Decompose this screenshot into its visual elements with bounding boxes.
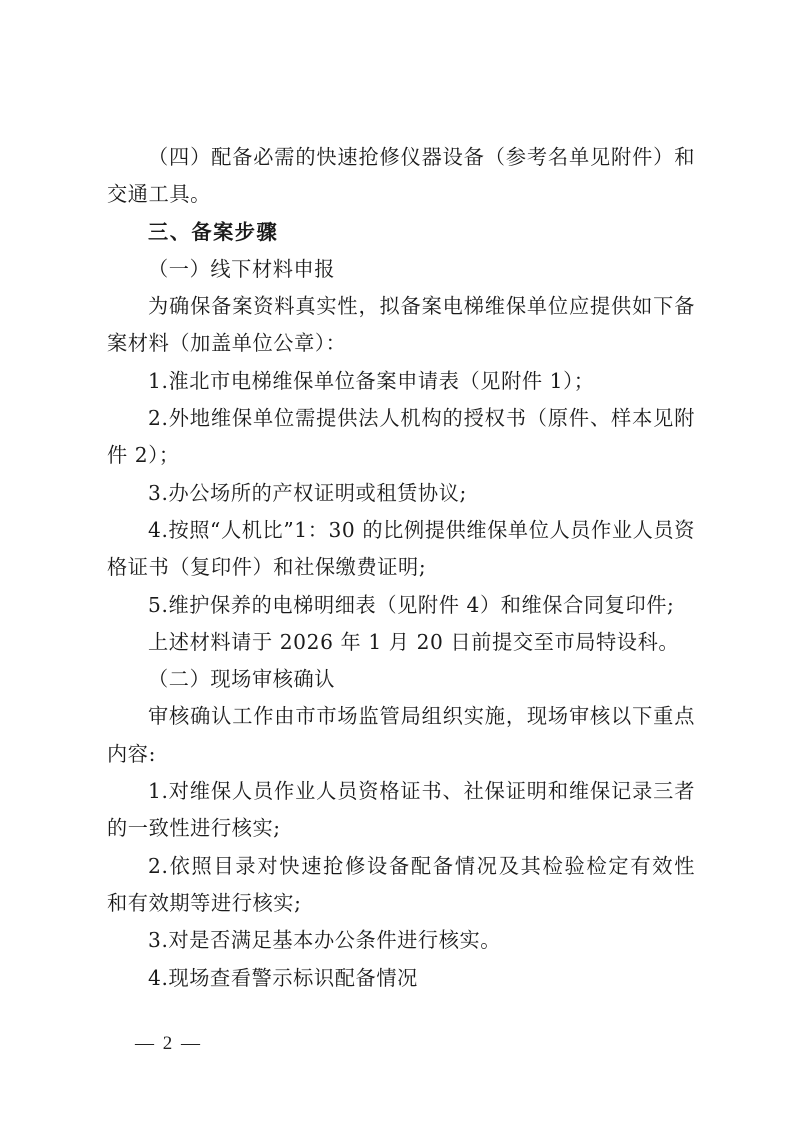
list-item: 2.外地维保单位需提供法人机构的授权书（原件、样本见附 bbox=[107, 400, 695, 437]
list-item-continuation: 的一致性进行核实; bbox=[107, 810, 695, 847]
list-item-continuation: 件 2）； bbox=[107, 437, 695, 474]
paragraph-line: 交通工具。 bbox=[107, 176, 695, 213]
list-item: 4.现场查看警示标识配备情况 bbox=[107, 960, 695, 997]
paragraph-line: 为确保备案资料真实性，拟备案电梯维保单位应提供如下备 bbox=[107, 288, 695, 325]
list-item: 2.依照目录对快速抢修设备配备情况及其检验检定有效性 bbox=[107, 848, 695, 885]
subsection-heading: （二）现场审核确认 bbox=[107, 661, 695, 698]
section-heading: 三、备案步骤 bbox=[107, 214, 695, 251]
paragraph-line: 审核确认工作由市市场监管局组织实施，现场审核以下重点 bbox=[107, 698, 695, 735]
paragraph-line: （四）配备必需的快速抢修仪器设备（参考名单见附件）和 bbox=[107, 139, 695, 176]
paragraph-line: 内容: bbox=[107, 736, 695, 773]
list-item: 3.办公场所的产权证明或租赁协议; bbox=[107, 475, 695, 512]
paragraph-line: 案材料（加盖单位公章）： bbox=[107, 325, 695, 362]
list-item-continuation: 格证书（复印件）和社保缴费证明; bbox=[107, 549, 695, 586]
list-item: 1.对维保人员作业人员资格证书、社保证明和维保记录三者 bbox=[107, 773, 695, 810]
paragraph-line: 上述材料请于 2026 年 1 月 20 日前提交至市局特设科。 bbox=[107, 624, 695, 661]
page-number: — 2 — bbox=[135, 1030, 202, 1058]
list-item: 1.淮北市电梯维保单位备案申请表（见附件 1）； bbox=[107, 363, 695, 400]
list-item: 5.维护保养的电梯明细表（见附件 4）和维保合同复印件; bbox=[107, 587, 695, 624]
list-item: 4.按照“人机比”1：30 的比例提供维保单位人员作业人员资 bbox=[107, 512, 695, 549]
subsection-heading: （一）线下材料申报 bbox=[107, 251, 695, 288]
list-item: 3.对是否满足基本办公条件进行核实。 bbox=[107, 922, 695, 959]
document-body: （四）配备必需的快速抢修仪器设备（参考名单见附件）和 交通工具。 三、备案步骤 … bbox=[107, 139, 695, 997]
list-item-continuation: 和有效期等进行核实; bbox=[107, 885, 695, 922]
